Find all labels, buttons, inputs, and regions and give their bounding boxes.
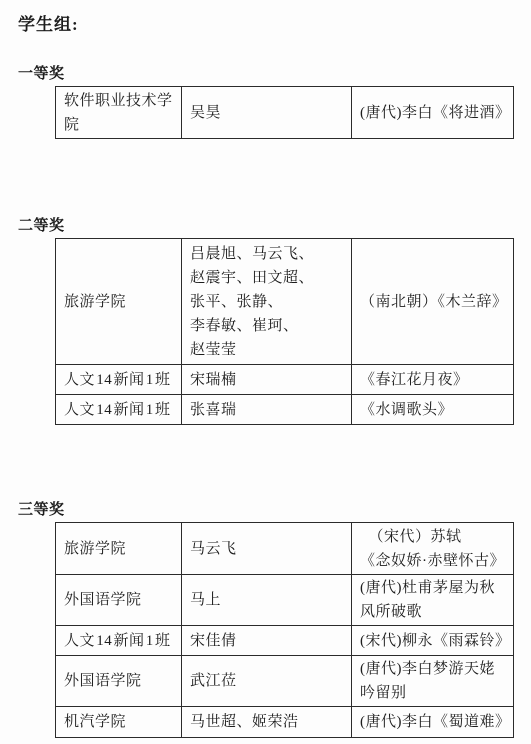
names-cell: 马世超、姬荣浩: [182, 707, 352, 738]
second-prize-table: 旅游学院 吕晨旭、马云飞、 赵震宇、田文超、 张平、张静、 李春敏、崔珂、 赵莹…: [55, 238, 514, 425]
section-label-first-prize: 一等奖: [18, 63, 523, 85]
table-row: 旅游学院 马云飞 （宋代）苏轼 《念奴娇·赤壁怀古》: [56, 523, 514, 575]
unit-cell: 人文 14 新闻 1 班: [56, 626, 182, 656]
names-cell: 宋瑞楠: [182, 365, 352, 395]
table-row: 外国语学院 武江莅 (唐代)李白梦游天姥 吟留别: [56, 656, 514, 707]
section-label-second-prize: 二等奖: [18, 215, 523, 237]
work-cell: （宋代）苏轼 《念奴娇·赤壁怀古》: [352, 523, 514, 575]
unit-cell: 软件职业技术学 院: [56, 87, 182, 139]
table-row: 机汽学院 马世超、姬荣浩 (唐代)李白《蜀道难》: [56, 707, 514, 738]
work-cell: (宋代)柳永《雨霖铃》: [352, 626, 514, 656]
first-prize-table: 软件职业技术学 院 吴昊 (唐代)李白《将进酒》: [55, 86, 514, 139]
document-page: 学生组: 一等奖 软件职业技术学 院 吴昊 (唐代)李白《将进酒》 二等奖 旅游…: [0, 0, 531, 744]
table-row: 旅游学院 吕晨旭、马云飞、 赵震宇、田文超、 张平、张静、 李春敏、崔珂、 赵莹…: [56, 239, 514, 365]
names-cell: 马云飞: [182, 523, 352, 575]
unit-cell: 机汽学院: [56, 707, 182, 738]
unit-cell: 外国语学院: [56, 575, 182, 626]
work-cell: （南北朝）《木兰辞》: [352, 239, 514, 365]
table-row: 外国语学院 马上 (唐代)杜甫茅屋为秋 风所破歌: [56, 575, 514, 626]
unit-cell: 旅游学院: [56, 523, 182, 575]
table-row: 人文 14 新闻 1 班 宋瑞楠 《春江花月夜》: [56, 365, 514, 395]
work-cell: 《春江花月夜》: [352, 365, 514, 395]
third-prize-table: 旅游学院 马云飞 （宋代）苏轼 《念奴娇·赤壁怀古》 外国语学院 马上 (唐代)…: [55, 522, 514, 738]
names-cell: 马上: [182, 575, 352, 626]
names-cell: 吴昊: [182, 87, 352, 139]
unit-cell: 人文 14 新闻 1 班: [56, 365, 182, 395]
table-row: 人文 14 新闻 1 班 张喜瑞 《水调歌头》: [56, 395, 514, 425]
unit-cell: 人文 14 新闻 1 班: [56, 395, 182, 425]
work-cell: 《水调歌头》: [352, 395, 514, 425]
work-cell: (唐代)李白梦游天姥 吟留别: [352, 656, 514, 707]
unit-cell: 外国语学院: [56, 656, 182, 707]
names-cell: 张喜瑞: [182, 395, 352, 425]
section-label-third-prize: 三等奖: [18, 499, 523, 521]
work-cell: (唐代)李白《蜀道难》: [352, 707, 514, 738]
unit-cell: 旅游学院: [56, 239, 182, 365]
table-row: 人文 14 新闻 1 班 宋佳倩 (宋代)柳永《雨霖铃》: [56, 626, 514, 656]
names-cell: 吕晨旭、马云飞、 赵震宇、田文超、 张平、张静、 李春敏、崔珂、 赵莹莹: [182, 239, 352, 365]
names-cell: 宋佳倩: [182, 626, 352, 656]
table-row: 软件职业技术学 院 吴昊 (唐代)李白《将进酒》: [56, 87, 514, 139]
work-cell: (唐代)李白《将进酒》: [352, 87, 514, 139]
work-cell: (唐代)杜甫茅屋为秋 风所破歌: [352, 575, 514, 626]
names-cell: 武江莅: [182, 656, 352, 707]
page-title: 学生组:: [18, 13, 523, 36]
